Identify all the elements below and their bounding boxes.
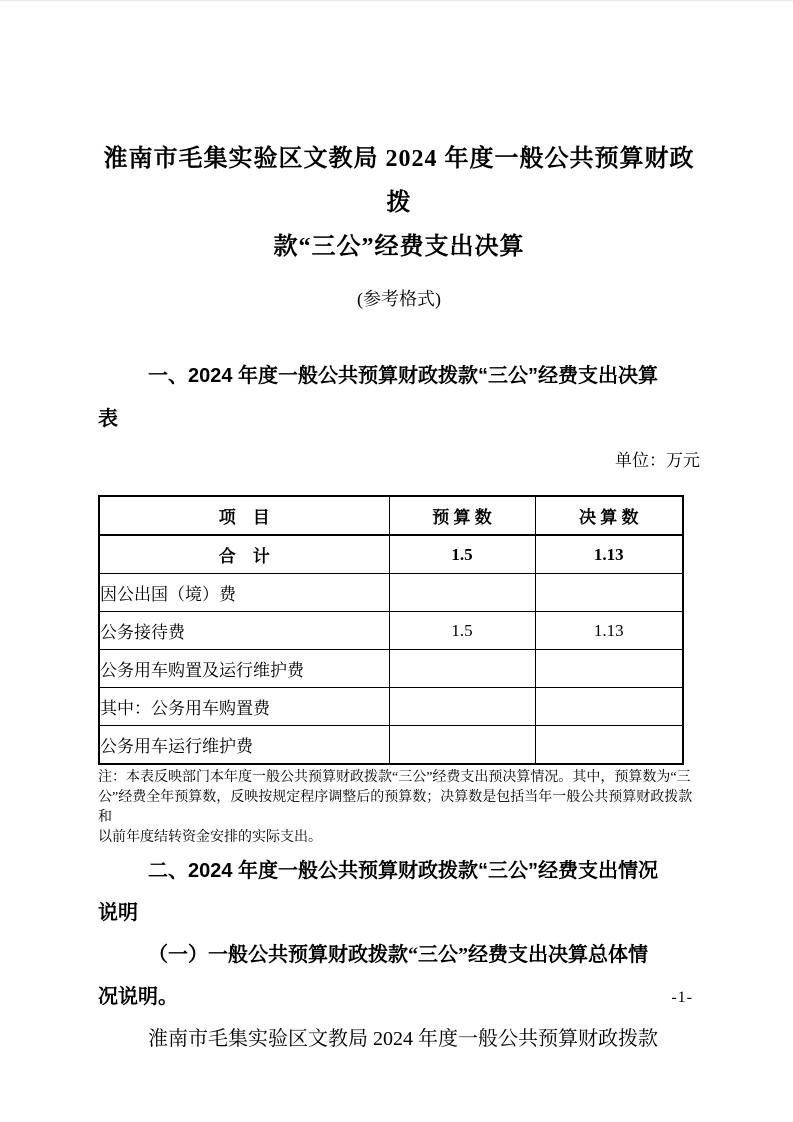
page-number: -1- [671, 989, 693, 1007]
section2-heading-line-1: 二、2024 年度一般公共预算财政拨款“三公”经费支出情况 [98, 850, 700, 892]
body-paragraph: 淮南市毛集实验区文教局 2024 年度一般公共预算财政拨款 [98, 1018, 700, 1060]
document-page: 淮南市毛集实验区文教局 2024 年度一般公共预算财政拨 款“三公”经费支出决算… [0, 0, 793, 1122]
budget-table: 项 目 预 算 数 决 算 数 合 计 1.5 1.13 因公出国（境）费 公务… [98, 495, 684, 765]
item-cell: 公务用车运行维护费 [99, 726, 389, 765]
final-cell [535, 688, 683, 726]
budget-cell [389, 688, 535, 726]
budget-cell: 1.5 [389, 535, 535, 574]
final-cell: 1.13 [535, 535, 683, 574]
column-header-budget: 预 算 数 [389, 496, 535, 535]
section1-heading: 一、2024 年度一般公共预算财政拨款“三公”经费支出决算 表 [98, 355, 700, 441]
table-row-abroad-fee: 因公出国（境）费 [99, 574, 683, 612]
item-cell: 因公出国（境）费 [99, 574, 389, 612]
table-header-row: 项 目 预 算 数 决 算 数 [99, 496, 683, 535]
final-cell [535, 574, 683, 612]
format-note: (参考格式) [98, 285, 700, 313]
item-cell: 公务接待费 [99, 612, 389, 650]
table-note-line-1: 注：本表反映部门本年度一般公共预算财政拨款“三公”经费支出预决算情况。其中，预算… [98, 768, 700, 788]
section2-heading: 二、2024 年度一般公共预算财政拨款“三公”经费支出情况 说明 [98, 850, 700, 934]
table-row-vehicle-maintenance: 公务用车运行维护费 [99, 726, 683, 765]
section1-heading-line-2: 表 [98, 398, 700, 441]
table-row-vehicle-total: 公务用车购置及运行维护费 [99, 650, 683, 688]
document-title-line-2: 款“三公”经费支出决算 [98, 225, 700, 269]
item-cell: 其中：公务用车购置费 [99, 688, 389, 726]
budget-cell [389, 574, 535, 612]
table-note: 注：本表反映部门本年度一般公共预算财政拨款“三公”经费支出预决算情况。其中，预算… [98, 768, 700, 848]
section1-heading-line-1: 一、2024 年度一般公共预算财政拨款“三公”经费支出决算 [98, 355, 700, 398]
budget-cell [389, 650, 535, 688]
column-header-final: 决 算 数 [535, 496, 683, 535]
table-note-line-2: 公”经费全年预算数，反映按规定程序调整后的预算数；决算数是包括当年一般公共预算财… [98, 788, 700, 828]
table-row-total: 合 计 1.5 1.13 [99, 535, 683, 574]
section2-heading-line-2: 说明 [98, 892, 700, 934]
document-title-line-1: 淮南市毛集实验区文教局 2024 年度一般公共预算财政拨 [98, 137, 700, 225]
unit-label: 单位：万元 [98, 441, 700, 481]
column-header-item: 项 目 [99, 496, 389, 535]
table-row-vehicle-purchase: 其中：公务用车购置费 [99, 688, 683, 726]
item-cell: 公务用车购置及运行维护费 [99, 650, 389, 688]
item-cell: 合 计 [99, 535, 389, 574]
final-cell [535, 726, 683, 765]
section2-sub-heading: （一）一般公共预算财政拨款“三公”经费支出决算总体情 况说明。 [98, 934, 700, 1018]
table-note-line-3: 以前年度结转资金安排的实际支出。 [98, 828, 700, 848]
table-row-reception-fee: 公务接待费 1.5 1.13 [99, 612, 683, 650]
section2-sub-heading-line-2: 况说明。 [98, 976, 700, 1018]
budget-cell [389, 726, 535, 765]
final-cell [535, 650, 683, 688]
budget-cell: 1.5 [389, 612, 535, 650]
document-title: 淮南市毛集实验区文教局 2024 年度一般公共预算财政拨 款“三公”经费支出决算 [98, 137, 700, 269]
section2-sub-heading-line-1: （一）一般公共预算财政拨款“三公”经费支出决算总体情 [98, 934, 700, 976]
final-cell: 1.13 [535, 612, 683, 650]
